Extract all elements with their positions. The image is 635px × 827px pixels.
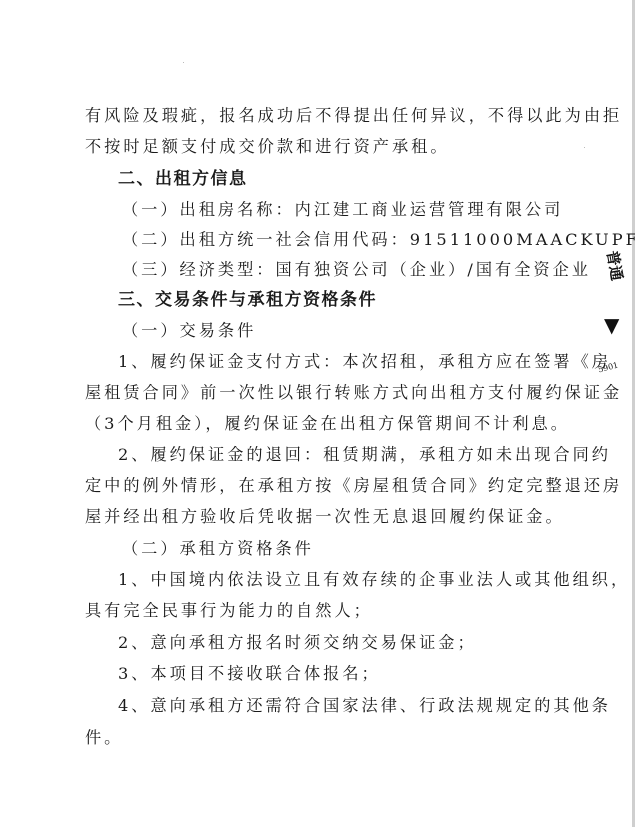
- body-line: 具有完全民事行为能力的自然人；: [85, 601, 565, 621]
- scan-speck: [560, 121, 561, 122]
- qualification-item-3: 3、本项目不接收联合体报名；: [118, 664, 598, 684]
- body-line: 有风险及瑕疵，报名成功后不得提出任何异议，不得以此为由拒: [85, 106, 565, 126]
- lessor-economic-type: （三）经济类型：国有独资公司（企业）/国有全资企业: [122, 260, 602, 280]
- lessor-name: （一）出租房名称：内江建工商业运营管理有限公司: [122, 200, 602, 220]
- document-page: 有风险及瑕疵，报名成功后不得提出任何异议，不得以此为由拒 不按时足额支付成交价款…: [0, 0, 635, 827]
- qualification-item-4: 4、意向承租方还需符合国家法律、行政法规规定的其他条: [118, 696, 598, 716]
- body-line: 屋并经出租方验收后凭收据一次性无息退回履约保证金。: [85, 507, 565, 527]
- lessor-credit-code: （二）出租方统一社会信用代码：91511000MAACKUPF9R: [122, 230, 602, 250]
- scan-speck: [584, 147, 585, 148]
- body-line: 件。: [85, 728, 565, 748]
- body-line: 屋租赁合同》前一次性以银行转账方式向出租方支付履约保证金: [85, 383, 565, 403]
- clause-deposit-return: 2、履约保证金的退回：租赁期满，承租方如未出现合同约: [118, 445, 598, 465]
- clause-deposit-payment: 1、履约保证金支付方式：本次招租，承租方应在签署《房: [118, 352, 598, 372]
- seal-chars: 普通: [602, 249, 628, 282]
- seal-stamp-fragment: 普通 ▼ 5901: [598, 255, 635, 385]
- seal-mark: ▼: [604, 313, 619, 337]
- body-line: 定中的例外情形，在承租方按《房屋租赁合同》约定完整退还房: [85, 476, 565, 496]
- body-line: 不按时足额支付成交价款和进行资产承租。: [85, 137, 565, 157]
- subheading-lessee-qualifications: （二）承租方资格条件: [122, 539, 602, 559]
- body-line: （3个月租金），履约保证金在出租方保管期间不计利息。: [85, 414, 565, 434]
- section-heading-trade-conditions: 三、交易条件与承租方资格条件: [118, 290, 598, 310]
- scan-speck: [183, 62, 184, 63]
- qualification-item-1: 1、中国境内依法设立且有效存续的企事业法人或其他组织，: [118, 570, 598, 590]
- seal-digits: 5901: [597, 361, 619, 375]
- section-heading-lessor-info: 二、出租方信息: [118, 169, 598, 189]
- subheading-trade-conditions: （一）交易条件: [122, 321, 602, 341]
- qualification-item-2: 2、意向承租方报名时须交纳交易保证金；: [118, 633, 598, 653]
